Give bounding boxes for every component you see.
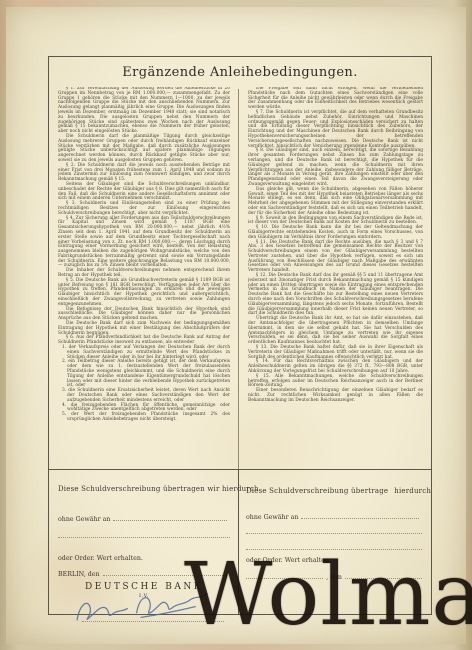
scanned-bond-document: Ergänzende Anleihebedingungen. § 1. Zur … — [0, 0, 472, 650]
list-item: 1. der Verkaufspreis oder auf Verlangen … — [58, 346, 230, 360]
recipient-label: ohne Gewähr an — [58, 516, 110, 523]
list-item: 2. ein Teilbetrag dieser Anleihe bereits… — [58, 360, 230, 389]
paragraph: § 14. Für das Rechtsverhältnis zwischen … — [248, 360, 423, 374]
paragraph: § 11. Die Deutsche Bank darf die Rechte … — [248, 241, 423, 275]
paragraph: § 15. Alle Bekanntmachungen, welche die … — [248, 375, 423, 389]
left-column: § 1. Zur Vereinfachung der Auslosung wer… — [58, 87, 230, 467]
paragraph: § 13. Die Deutsche Bank haftet dafür, da… — [248, 346, 423, 360]
transfer-heading: Diese Schuldverschreibung übertragen wir… — [58, 485, 230, 493]
order-clause: oder Order. Wert erhalten. — [58, 555, 143, 562]
fill-in-line[interactable] — [246, 533, 422, 534]
paragraph: § 3. Schuldnerin und Einlösungsstellen s… — [58, 202, 230, 216]
paragraph: Die Deutsche Bank darf sich zum Nachweis… — [58, 322, 230, 336]
list-item: 3. die Schuldnerin eine Ersatzsicherheit… — [58, 389, 230, 403]
transfer-heading-end: hierdurch — [394, 487, 431, 495]
transfer-heading: Diese Schuldverschreibung übertrage hier… — [246, 485, 422, 495]
paragraph: Die Befugnisse der Deutschen Bank hinsic… — [58, 308, 230, 322]
paragraph: Einer besonderen Benachrichtigung der ei… — [248, 389, 423, 403]
watermark-text: Wolmar — [184, 552, 472, 638]
document-border-frame: Ergänzende Anleihebedingungen. § 1. Zur … — [48, 56, 432, 615]
paragraph: § 1. Zur Vereinfachung der Auslosung wer… — [58, 87, 230, 135]
paragraph: Das gleiche gilt, wenn die Schuldnerin, … — [248, 188, 423, 217]
paragraph: § 7. Die Schuldnerin ist verpflichtet, d… — [248, 111, 423, 149]
place-date-label: BERLIN, den — [58, 571, 100, 578]
page-title: Ergänzende Anleihebedingungen. — [49, 65, 431, 80]
paragraph: Überträgt die Deutsche Bank ihr Amt, so … — [248, 317, 423, 346]
paragraph: § 10. Die Deutsche Bank kann die ihr bei… — [248, 226, 423, 240]
list-item: 5. der Wert der freizugebenden Pfandstüc… — [58, 413, 230, 423]
paragraph: Die Schuldnerin darf die planmäßige Tilg… — [58, 135, 230, 164]
conditions-text: § 1. Zur Vereinfachung der Auslosung wer… — [58, 87, 423, 467]
right-column: Die Freigabe soll dann nicht erfolgen, w… — [248, 87, 423, 467]
recipient-label: ohne Gewähr an — [246, 514, 298, 521]
fill-in-line[interactable] — [113, 513, 227, 521]
fill-in-line[interactable] — [301, 511, 419, 519]
paragraph: Seitens der Gläubiger sind die Schuldver… — [58, 183, 230, 202]
paragraph: § 4. Zur Sicherung aller Forderungen aus… — [58, 217, 230, 270]
fill-in-line[interactable] — [58, 537, 230, 538]
paragraph: § 12. Die Deutsche Bank darf das ihr gem… — [248, 274, 423, 317]
paragraph: § 5. Die Deutsche Bank als Grundbuchvert… — [58, 279, 230, 308]
paragraph: § 2. Die Schuldnerin darf die jeweils no… — [58, 164, 230, 183]
paragraph: Die Freigabe soll dann nicht erfolgen, w… — [248, 87, 423, 111]
paragraph: § 8. Die Gläubiger sind, auch einzeln, b… — [248, 149, 423, 187]
transfer-heading-start: Diese Schuldverschreibung übertrage — [246, 487, 388, 495]
